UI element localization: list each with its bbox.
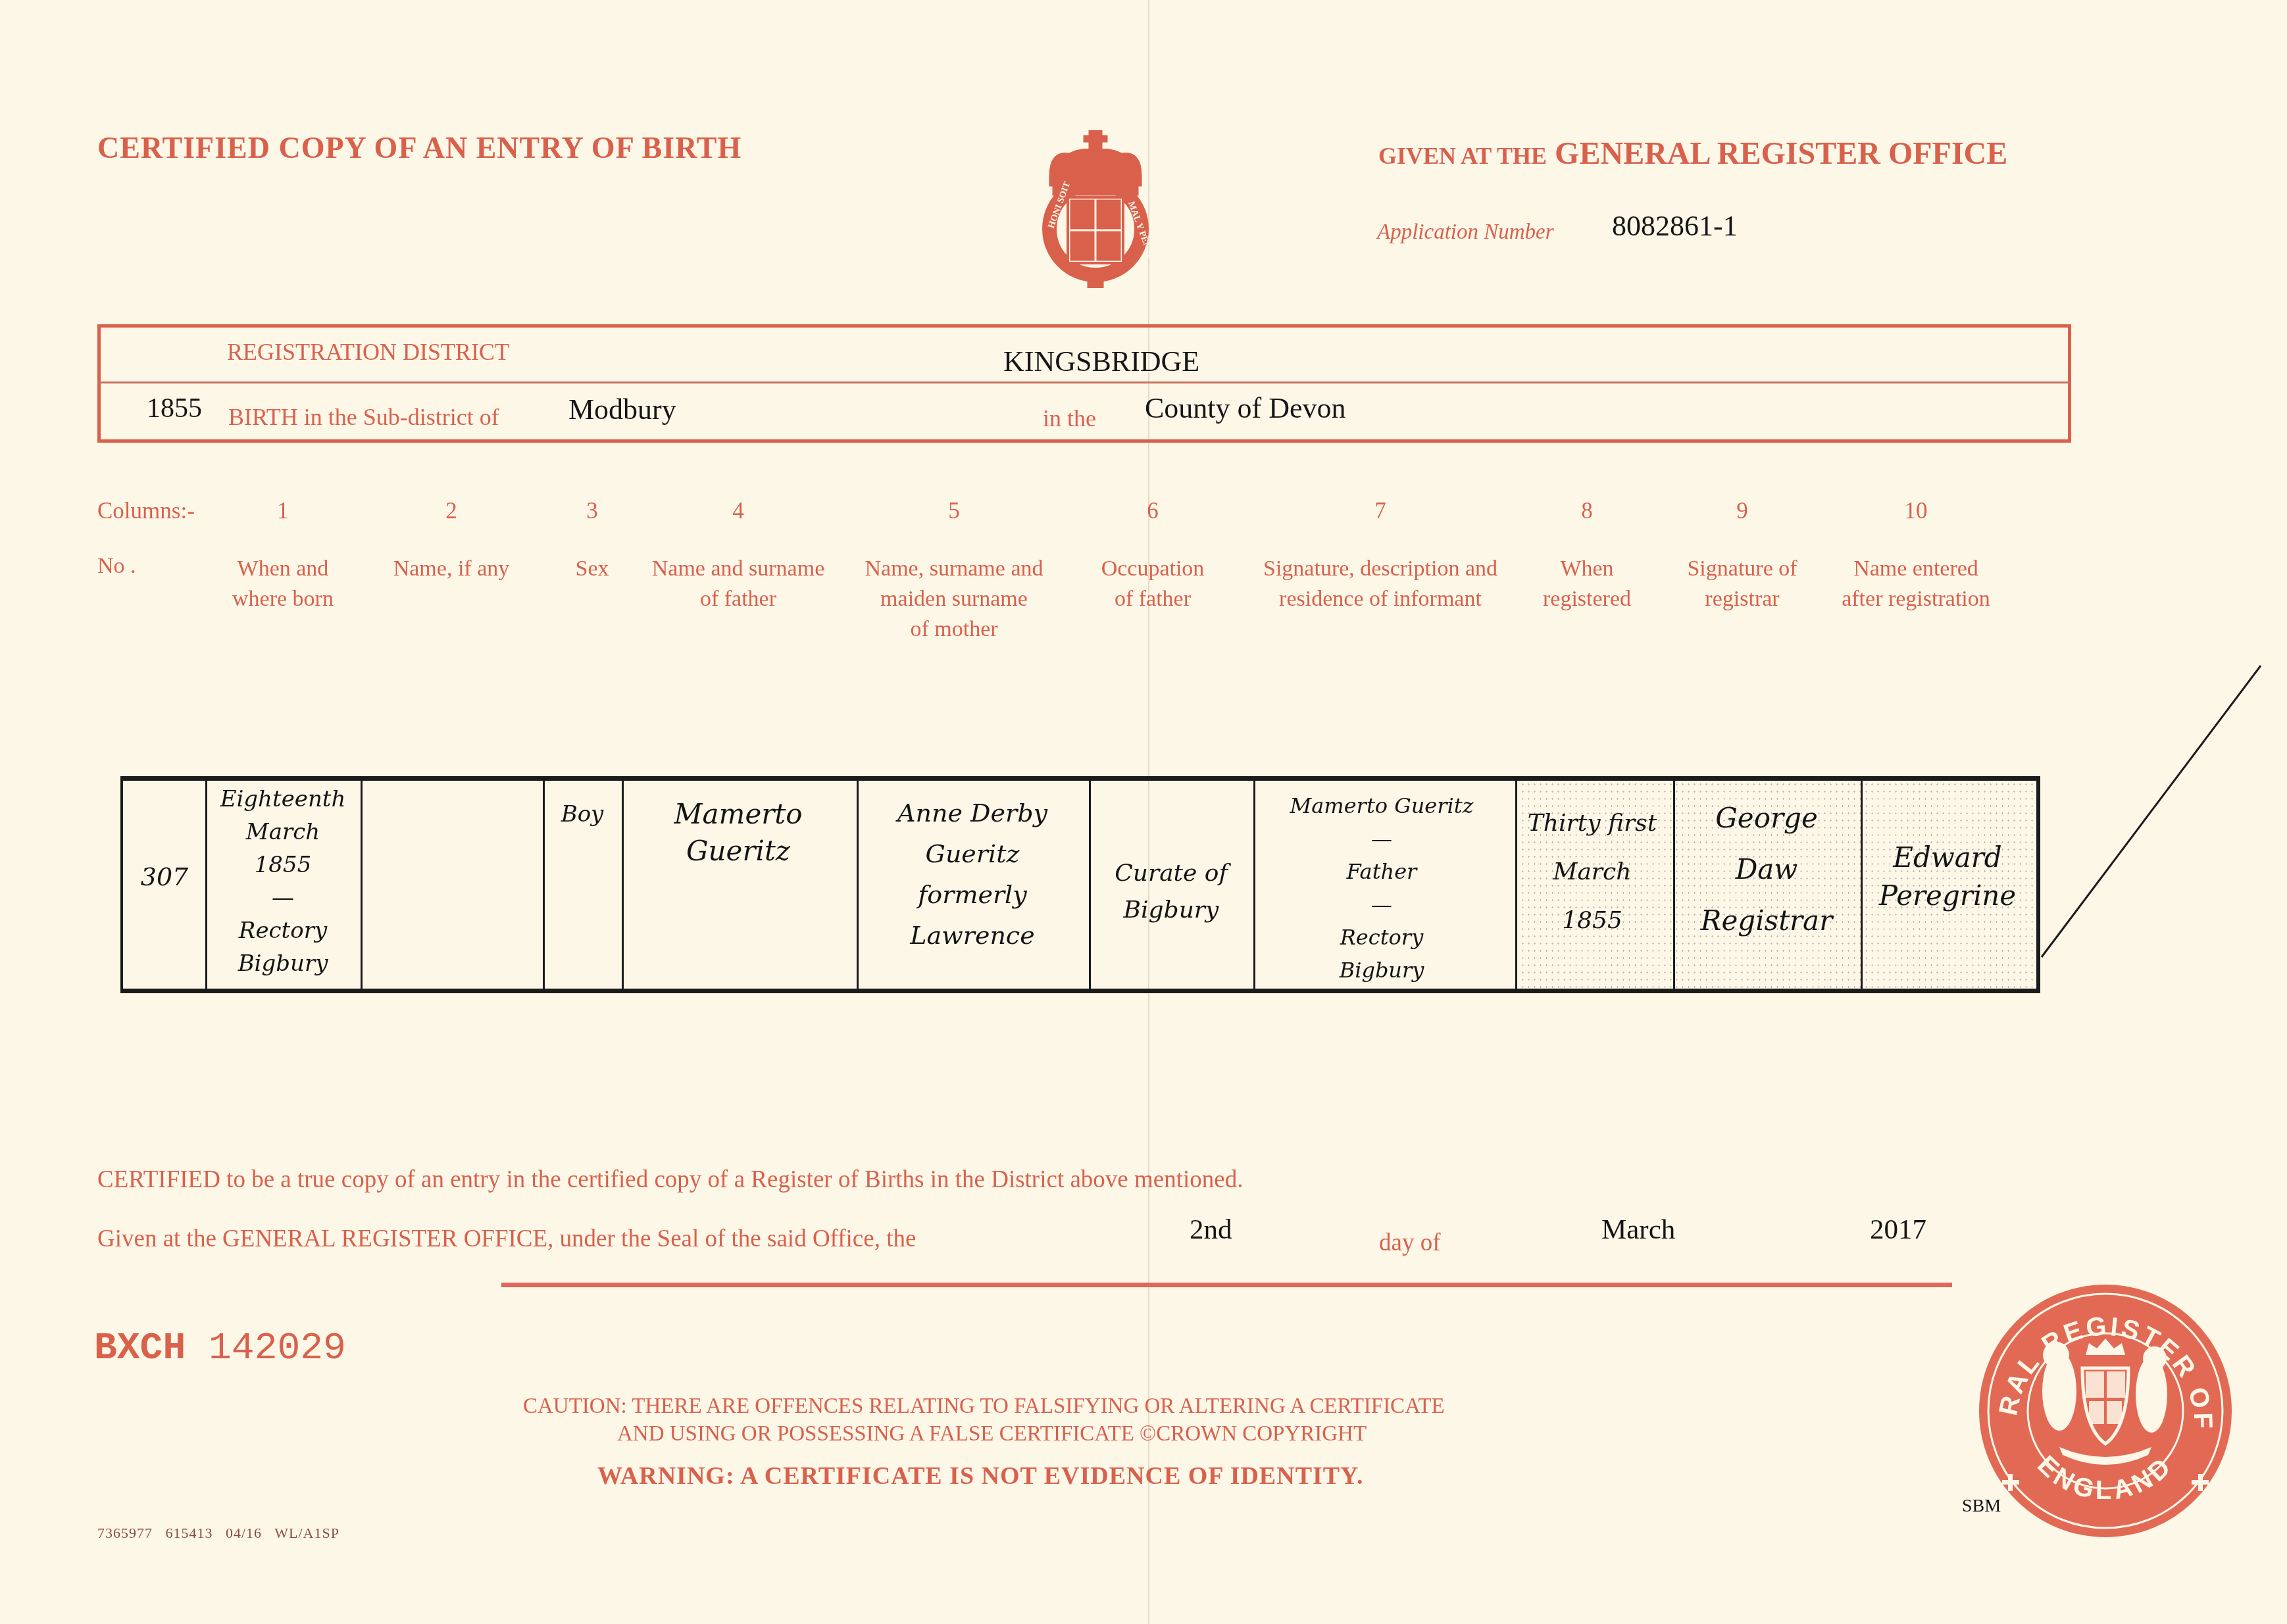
column-header-occupation: Occupation of father <box>1101 554 1205 614</box>
column-header-when-where-born: When and where born <box>232 554 334 614</box>
entry-number: 307 <box>141 858 189 895</box>
column-header-father: Name and surname of father <box>652 554 824 614</box>
signature-rule <box>501 1283 1952 1287</box>
table-column-divider <box>543 776 545 993</box>
application-number-value: 8082861-1 <box>1612 209 1738 243</box>
entry-father: Mamerto Gueritz <box>674 796 803 870</box>
form-print-code: 7365977 615413 04/16 WL/A1SP <box>97 1525 339 1542</box>
registration-year: 1855 <box>147 393 202 424</box>
certification-year: 2017 <box>1870 1214 1926 1246</box>
county-label: in the <box>1043 405 1096 432</box>
table-column-divider <box>1089 776 1091 993</box>
entry-when-where-born: Eighteenth March 1855 — Rectory Bigbury <box>220 783 346 980</box>
column-header-name-after-registration: Name entered after registration <box>1842 554 1990 614</box>
entry-mother: Anne Derby Gueritz formerly Lawrence <box>897 793 1047 956</box>
registration-district-label: REGISTRATION DISTRICT <box>227 338 509 366</box>
entry-when-registered: Thirty first March 1855 <box>1528 799 1657 945</box>
county-value: County of Devon <box>1145 391 1346 425</box>
column-header-when-registered: When registered <box>1543 554 1631 614</box>
day-of-label: day of <box>1379 1229 1441 1257</box>
column-number: 10 <box>1905 498 1928 524</box>
issuer-initials: SBM <box>1962 1496 2001 1517</box>
column-number: 9 <box>1736 498 1748 524</box>
caution-notice-line-2: AND USING OR POSSESSING A FALSE CERTIFIC… <box>617 1422 1367 1446</box>
entry-sex: Boy <box>561 796 604 833</box>
column-number: 2 <box>445 498 457 524</box>
column-header-informant: Signature, description and residence of … <box>1263 554 1497 614</box>
certification-day: 2nd <box>1190 1214 1232 1246</box>
column-header-name: Name, if any <box>393 554 510 584</box>
table-column-divider <box>1253 776 1255 993</box>
column-number: 7 <box>1374 498 1386 524</box>
serial-prefix: BXCH <box>94 1327 186 1370</box>
given-at-heading: GIVEN AT THE GENERAL REGISTER OFFICE <box>1378 135 2007 172</box>
application-number-label: Application Number <box>1377 220 1554 245</box>
identity-warning: WARNING: A CERTIFICATE IS NOT EVIDENCE O… <box>597 1462 1364 1490</box>
table-column-divider <box>857 776 859 993</box>
column-header-mother: Name, surname and maiden surname of moth… <box>865 554 1043 645</box>
table-column-divider <box>361 776 363 993</box>
column-number: 5 <box>948 498 960 524</box>
certification-month: March <box>1601 1214 1675 1246</box>
subdistrict-value: Modbury <box>568 393 676 426</box>
column-number: 8 <box>1581 498 1593 524</box>
column-header-registrar: Signature of registrar <box>1687 554 1797 614</box>
district-box-divider <box>97 381 2071 383</box>
table-column-divider <box>1861 776 1863 993</box>
entry-informant: Mamerto Gueritz — Father — Rectory Bigbu… <box>1290 789 1473 987</box>
columns-label: Columns:- <box>97 498 195 524</box>
registration-district-value: KINGSBRIDGE <box>1003 345 1199 378</box>
entry-occupation: Curate of Bigbury <box>1115 855 1228 929</box>
certification-statement: CERTIFIED to be a true copy of an entry … <box>97 1166 1243 1194</box>
column-number: 3 <box>586 498 598 524</box>
column-number: 6 <box>1147 498 1159 524</box>
serial-number: 142029 <box>209 1327 346 1370</box>
column-number: 1 <box>277 498 289 524</box>
document-title: CERTIFIED COPY OF AN ENTRY OF BIRTH <box>97 130 741 165</box>
column-number: 4 <box>732 498 744 524</box>
entry-registrar: George Daw Registrar <box>1701 793 1832 947</box>
given-at-prefix: GIVEN AT THE <box>1378 143 1547 169</box>
entry-name-after-registration: Edward Peregrine <box>1879 839 2016 915</box>
table-column-divider <box>205 776 207 993</box>
certificate-serial-number: BXCH 142029 <box>94 1327 346 1370</box>
table-column-divider <box>1515 776 1517 993</box>
royal-crest-icon: HONI SOIT MAL Y PENSE <box>1036 130 1155 288</box>
subdistrict-label: BIRTH in the Sub-district of <box>228 403 499 431</box>
caution-notice-line-1: CAUTION: THERE ARE OFFENCES RELATING TO … <box>523 1394 1445 1419</box>
table-column-divider <box>1673 776 1675 993</box>
office-name: GENERAL REGISTER OFFICE <box>1555 136 2007 171</box>
column-header-sex: Sex <box>576 554 609 584</box>
column-header-no: No . <box>97 554 136 579</box>
given-at-statement: Given at the GENERAL REGISTER OFFICE, un… <box>97 1225 916 1253</box>
general-register-office-seal-icon: GENERAL REGISTER OFFICE ENGLAND <box>1977 1283 2234 1539</box>
table-column-divider <box>622 776 624 993</box>
